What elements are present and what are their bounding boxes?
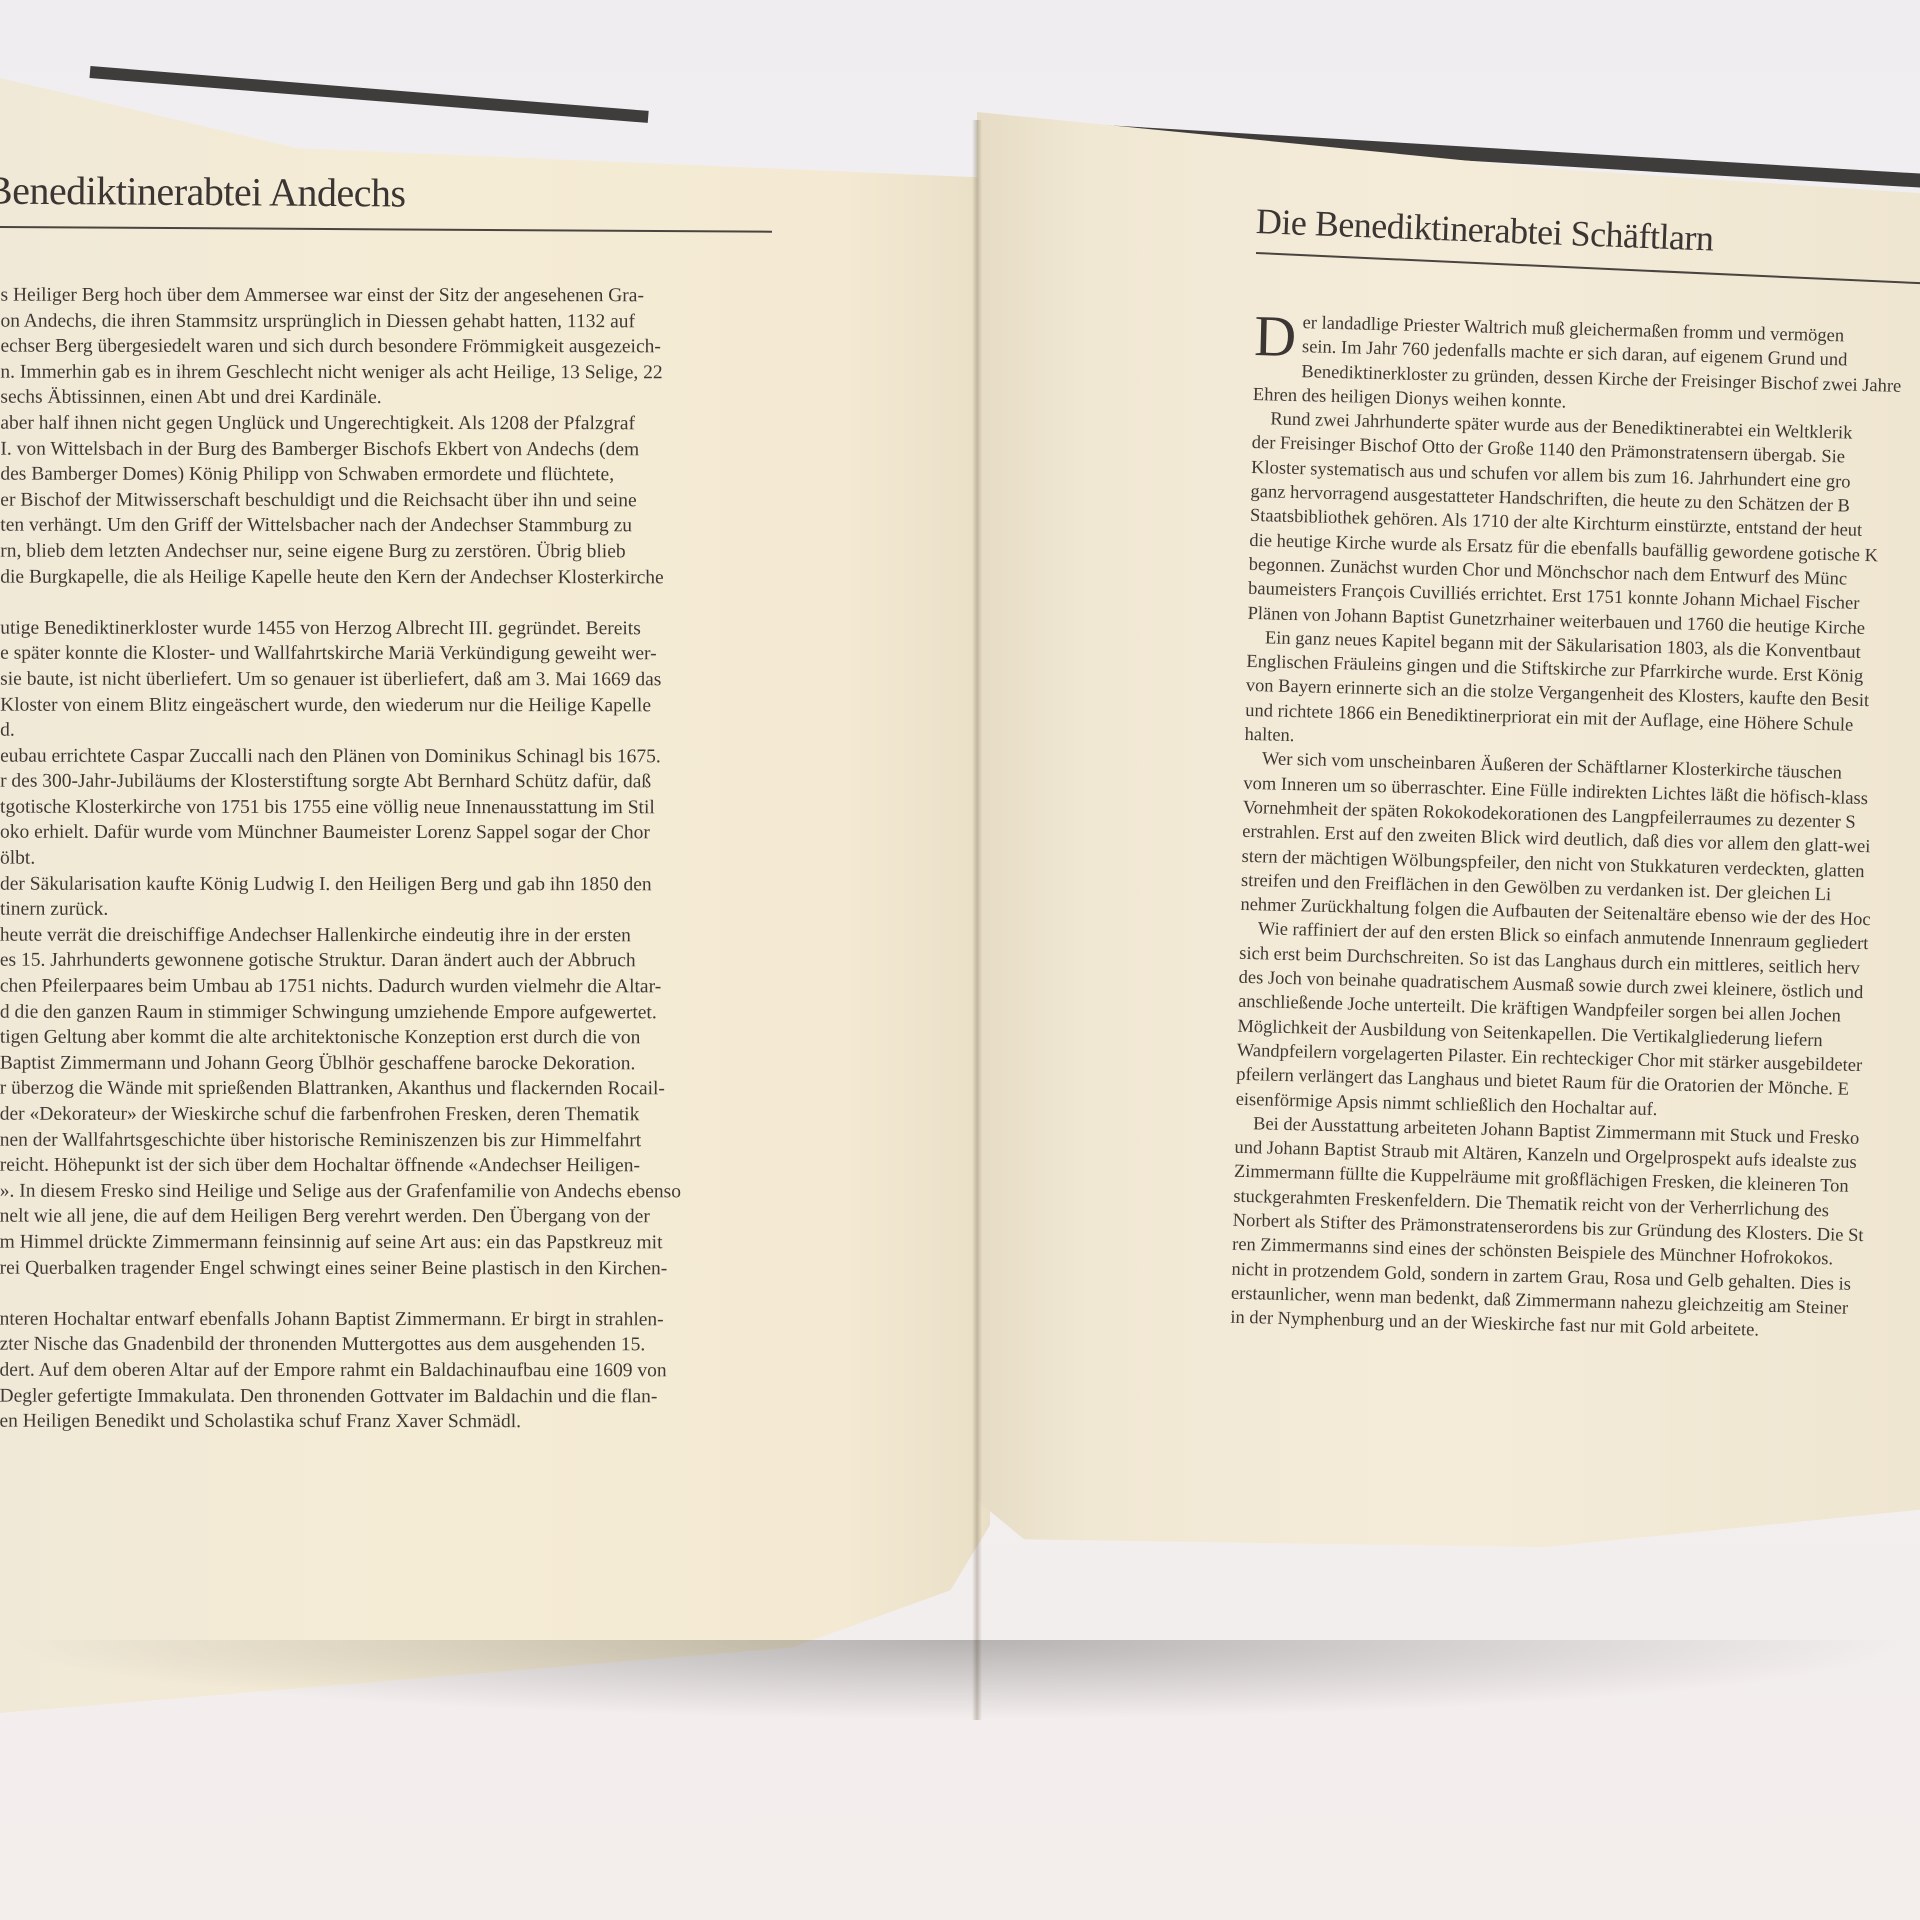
- text-line: reicht. Höhepunkt ist der sich über dem …: [0, 1153, 790, 1179]
- text-line: heute verrät die dreischiffige Andechser…: [0, 922, 790, 948]
- text-line: oko erhielt. Dafür wurde vom Münchner Ba…: [0, 820, 790, 846]
- text-line: ölbt.: [0, 846, 790, 872]
- text-line: der Säkularisation kaufte König Ludwig I…: [0, 871, 790, 897]
- text-line: nelt wie all jene, die auf dem Heiligen …: [0, 1204, 790, 1230]
- text-line: die Burgkapelle, die als Heilige Kapelle…: [0, 564, 790, 590]
- text-line: der «Dekorateur» der Wieskirche schuf di…: [0, 1102, 790, 1128]
- text-line: utige Benediktinerkloster wurde 1455 von…: [0, 615, 790, 641]
- text-line: I. von Wittelsbach in der Burg des Bambe…: [0, 436, 790, 462]
- text-line: ten verhängt. Um den Griff der Wittelsba…: [0, 513, 790, 539]
- text-line: aber half ihnen nicht gegen Unglück und …: [0, 411, 790, 437]
- text-line: tinern zurück.: [0, 897, 790, 923]
- text-line: d.: [0, 718, 790, 744]
- page-shadow: [0, 1640, 1920, 1720]
- text-line: [0, 1281, 790, 1307]
- text-line: r überzog die Wände mit sprießenden Blat…: [0, 1076, 790, 1102]
- text-line: tigen Geltung aber kommt die alte archit…: [0, 1025, 790, 1051]
- left-page-heading: Benediktinerabtei Andechs: [0, 167, 406, 217]
- drop-cap: D: [1254, 312, 1297, 361]
- text-line: s Heiliger Berg hoch über dem Ammersee w…: [0, 283, 790, 309]
- book-photo: Benediktinerabtei Andechs s Heiliger Ber…: [0, 0, 1920, 1920]
- text-line: en Heiligen Benedikt und Scholastika sch…: [0, 1409, 790, 1435]
- text-line: eubau errichtete Caspar Zuccalli nach de…: [0, 743, 790, 769]
- text-line: rei Querbalken tragender Engel schwingt …: [0, 1255, 790, 1281]
- text-line: er Bischof der Mitwisserschaft beschuldi…: [0, 487, 790, 513]
- text-line: on Andechs, die ihren Stammsitz ursprüng…: [0, 308, 790, 334]
- text-line: es 15. Jahrhunderts gewonnene gotische S…: [0, 948, 790, 974]
- text-line: e später konnte die Kloster- und Wallfah…: [0, 641, 790, 667]
- text-line: sie baute, ist nicht überliefert. Um so …: [0, 667, 790, 693]
- text-line: d die den ganzen Raum in stimmiger Schwi…: [0, 999, 790, 1025]
- text-line: n. Immerhin gab es in ihrem Geschlecht n…: [0, 359, 790, 385]
- text-line: Baptist Zimmermann und Johann Georg Üblh…: [0, 1050, 790, 1076]
- text-line: Kloster von einem Blitz eingeäschert wur…: [0, 692, 790, 718]
- text-line: nen der Wallfahrtsgeschichte über histor…: [0, 1127, 790, 1153]
- text-line: echser Berg übergesiedelt waren und sich…: [0, 334, 790, 360]
- text-line: r des 300-Jahr-Jubiläums der Klosterstif…: [0, 769, 790, 795]
- text-line: nteren Hochaltar entwarf ebenfalls Johan…: [0, 1306, 790, 1332]
- left-page-body: s Heiliger Berg hoch über dem Ammersee w…: [0, 283, 791, 1435]
- book-cover-edge-left: [90, 66, 649, 123]
- book-gutter: [972, 120, 982, 1720]
- text-line: Degler gefertigte Immakulata. Den throne…: [0, 1383, 790, 1409]
- text-line: [0, 590, 790, 616]
- text-line: dert. Auf dem oberen Altar auf der Empor…: [0, 1358, 790, 1384]
- text-line: tgotische Klosterkirche von 1751 bis 175…: [0, 795, 790, 821]
- text-line: chen Pfeilerpaares beim Umbau ab 1751 ni…: [0, 974, 790, 1000]
- text-line: ». In diesem Fresko sind Heilige und Sel…: [0, 1178, 790, 1204]
- text-line: rn, blieb dem letzten Andechser nur, sei…: [0, 539, 790, 565]
- text-line: sechs Äbtissinnen, einen Abt und drei Ka…: [0, 385, 790, 411]
- text-line: m Himmel drückte Zimmermann feinsinnig a…: [0, 1230, 790, 1256]
- right-page-body: D er landadlige Priester Waltrich muß gl…: [1230, 310, 1920, 1347]
- text-line: zter Nische das Gnadenbild der thronende…: [0, 1332, 790, 1358]
- text-line: des Bamberger Domes) König Philipp von S…: [0, 462, 790, 488]
